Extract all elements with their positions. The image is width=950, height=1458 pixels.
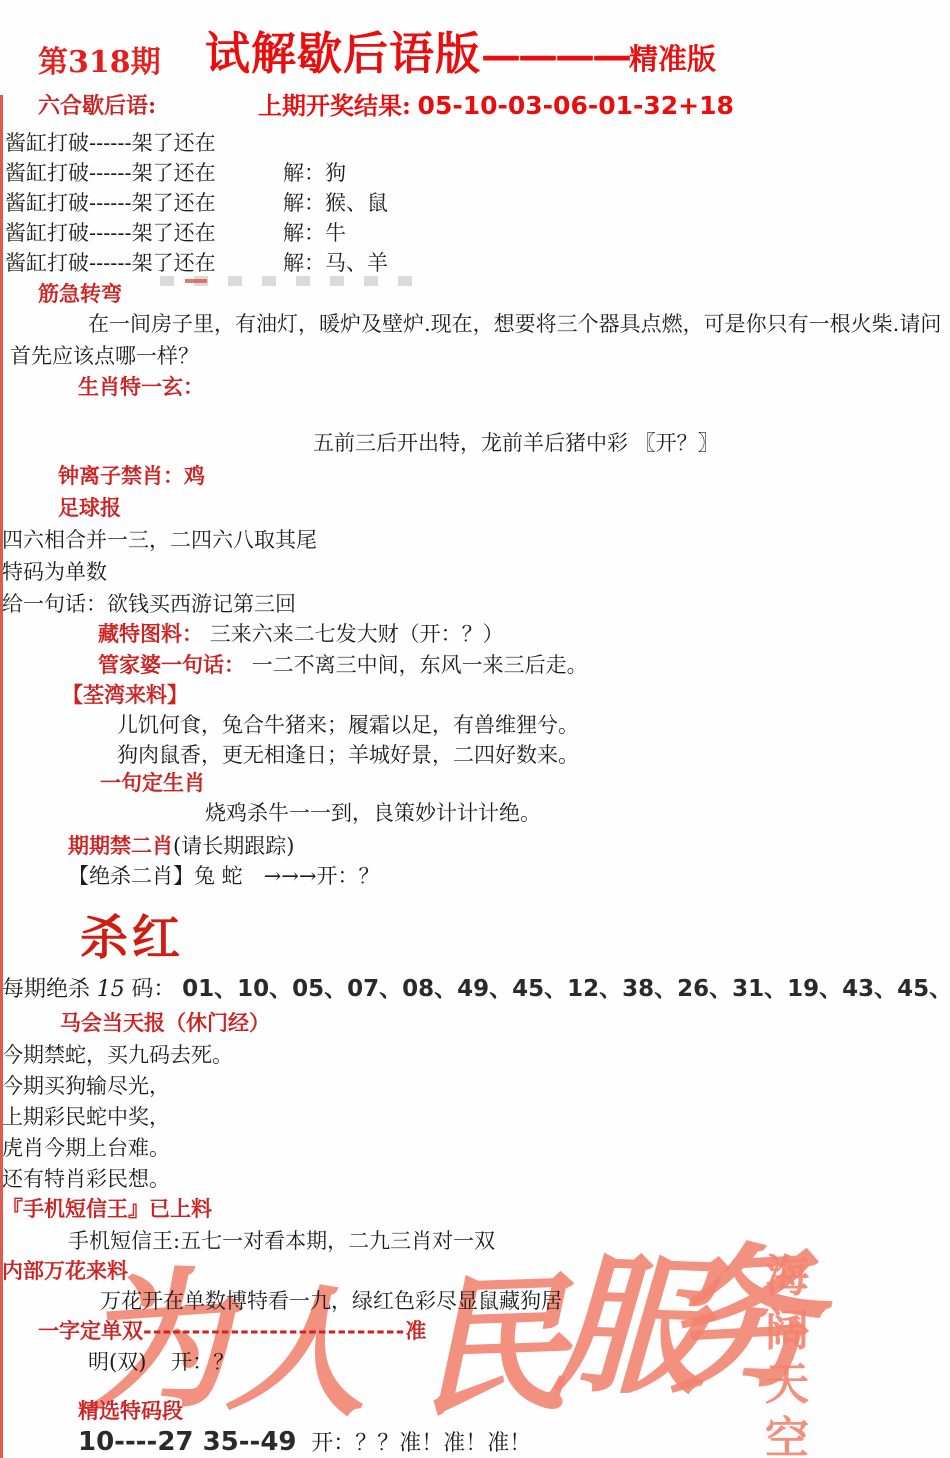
teaser-heading: 筋急转弯 — [38, 281, 122, 307]
football-line2: 特码为单数 — [2, 559, 107, 585]
sms-heading: 『手机短信王』已上料 — [2, 1196, 212, 1222]
jinxiao-row: 期期禁二肖(请长期跟踪) — [68, 833, 294, 859]
cangte-label: 藏特图料： — [98, 621, 203, 646]
zhongli-line: 钟离子禁肖：鸡 — [58, 463, 205, 489]
liuhe-heading: 六合歇后语: — [38, 93, 156, 121]
riddle-answer: 解：狗 — [283, 160, 346, 186]
football-heading: 足球报 — [58, 495, 121, 521]
watermark-vchar: 阔 — [765, 1309, 809, 1353]
jinxiao-heading: 期期禁二肖 — [68, 833, 173, 858]
quanwan-line1: 儿饥何食，兔合牛猪来；履霜以足，有兽维狸兮。 — [117, 712, 579, 738]
riddle-row: 酱缸打破------架了还在 — [5, 130, 216, 156]
mahui-line1: 今期禁蛇，买九码去死。 — [2, 1042, 233, 1068]
sms-line: 手机短信王:五七一对看本期，二九三肖对一双 — [68, 1228, 495, 1254]
temaduan-open: 开：？？准！准！准！ — [311, 1431, 531, 1456]
riddle-text: 酱缸打破------架了还在 — [5, 191, 216, 215]
page-title-suffix: 精准版 — [629, 42, 716, 76]
title-dash: ———— — [481, 32, 629, 79]
shengxiao-heading: 生肖特一玄： — [78, 374, 204, 400]
temaduan-heading: 精选特码段 — [78, 1398, 183, 1424]
watermark-vchar: 天 — [765, 1363, 809, 1407]
yiju-heading: 一句定生肖 — [100, 770, 205, 796]
kill-label-pre: 每期绝杀 — [2, 977, 90, 1002]
cangte-row: 藏特图料： 三来六来二七发大财（开：？） — [98, 621, 504, 647]
riddle-answer: 解：牛 — [283, 220, 346, 246]
danshuang-row: 一字定单双---------------------------准 — [38, 1318, 426, 1344]
danshuang-answer-row: 明(双) 开：？ — [88, 1349, 234, 1375]
guanjiapo-row: 管家婆一句话： 一二不离三中间，东风一来三后走。 — [98, 652, 588, 678]
temaduan-range: 10----27 35--49 — [78, 1427, 297, 1457]
mahui-line2: 今期买狗输尽光， — [2, 1073, 170, 1099]
shahong-kill-line: 每期绝杀 15 码： 01、10、05、07、08、49、45、12、38、26… — [2, 975, 950, 1004]
yiju-text: 烧鸡杀牛一一到，良策妙计计计绝。 — [205, 800, 541, 826]
result-numbers: 05-10-03-06-01-32+18 — [418, 91, 734, 120]
riddle-text: 酱缸打破------架了还在 — [5, 161, 216, 185]
kill-numbers: 01、10、05、07、08、49、45、12、38、26、31、19、43、4… — [182, 976, 950, 1002]
riddle-text: 酱缸打破------架了还在 — [5, 221, 216, 245]
wanhua-heading: 内部万花来料 — [2, 1258, 128, 1284]
riddle-row: 酱缸打破------架了还在 解：猴、鼠 — [5, 190, 216, 216]
teaser-line2: 首先应该点哪一样？ — [10, 343, 199, 369]
mahui-line4: 虎肖今期上台难。 — [2, 1135, 170, 1161]
guanjiapo-text: 一二不离三中间，东风一来三后走。 — [252, 653, 588, 677]
riddle-row: 酱缸打破------架了还在 解：马、羊 — [5, 250, 216, 276]
football-line1: 四六相合并一三，二四六八取其尾 — [2, 527, 317, 553]
riddle-row: 酱缸打破------架了还在 解：牛 — [5, 220, 216, 246]
danshuang-open: 开：？ — [171, 1350, 234, 1374]
teaser-line1: 在一间房子里，有油灯，暖炉及壁炉.现在，想要将三个器具点燃，可是你只有一根火柴.… — [88, 311, 941, 337]
kill-label-post: 码： — [131, 977, 175, 1002]
quanwan-heading: 【荃湾来料】 — [62, 682, 188, 708]
cangte-text: 三来六来二七发大财（开：？） — [210, 622, 504, 646]
riddle-answer: 解：马、羊 — [283, 250, 388, 276]
riddle-answer: 解：猴、鼠 — [283, 190, 388, 216]
jinxiao-line: 【绝杀二肖】兔 蛇 →→→开：？ — [68, 863, 379, 889]
watermark-vchar: 空 — [765, 1417, 809, 1458]
mahui-heading: 马会当天报（休门经） — [60, 1010, 270, 1036]
riddle-text: 酱缸打破------架了还在 — [5, 251, 216, 275]
wanhua-line: 万花开在单数博特看一九，绿红色彩尽显鼠藏狗居 — [100, 1288, 562, 1314]
watermark-vchar: 海 — [765, 1255, 809, 1299]
quanwan-line2: 狗肉鼠香，更无相逢日；羊城好景，二四好数来。 — [117, 742, 579, 768]
kill-count: 15 — [97, 977, 125, 1002]
tip-sheet-page: 第318期 试解歇后语版————精准版 六合歇后语: 上期开奖结果: 05-10… — [0, 0, 950, 1458]
watermark-vertical-motto: 海 阔 天 空 — [765, 1255, 809, 1458]
page-title: 试解歇后语版————精准版 — [205, 26, 716, 82]
riddle-text: 酱缸打破------架了还在 — [5, 131, 216, 155]
football-line3: 给一句话：欲钱买西游记第三回 — [2, 591, 296, 617]
last-draw-result: 上期开奖结果: 05-10-03-06-01-32+18 — [258, 90, 734, 121]
danshuang-label: 一字定单双 — [38, 1318, 143, 1343]
temaduan-row: 10----27 35--49 开：？？准！准！准！ — [78, 1426, 531, 1458]
danshuang-answer: 明(双) — [88, 1350, 146, 1374]
riddle-row: 酱缸打破------架了还在 解：狗 — [5, 160, 216, 186]
result-label: 上期开奖结果: — [258, 91, 411, 120]
shahong-heading: 杀红 — [80, 908, 184, 968]
danshuang-suffix: 准 — [405, 1318, 426, 1343]
page-title-main: 试解歇后语版 — [205, 27, 481, 80]
issue-number: 第318期 — [38, 44, 161, 82]
shengxiao-line: 五前三后开出特，龙前羊后猪中彩 〖开？〗 — [313, 430, 719, 456]
guanjiapo-label: 管家婆一句话： — [98, 652, 245, 677]
erased-text-red-mark — [185, 279, 207, 283]
left-border-rule — [0, 95, 3, 1458]
danshuang-dashes: --------------------------- — [143, 1319, 405, 1343]
jinxiao-note: (请长期跟踪) — [173, 834, 294, 858]
mahui-line3: 上期彩民蛇中奖， — [2, 1104, 170, 1130]
mahui-line5: 还有特肖彩民想。 — [2, 1166, 170, 1192]
